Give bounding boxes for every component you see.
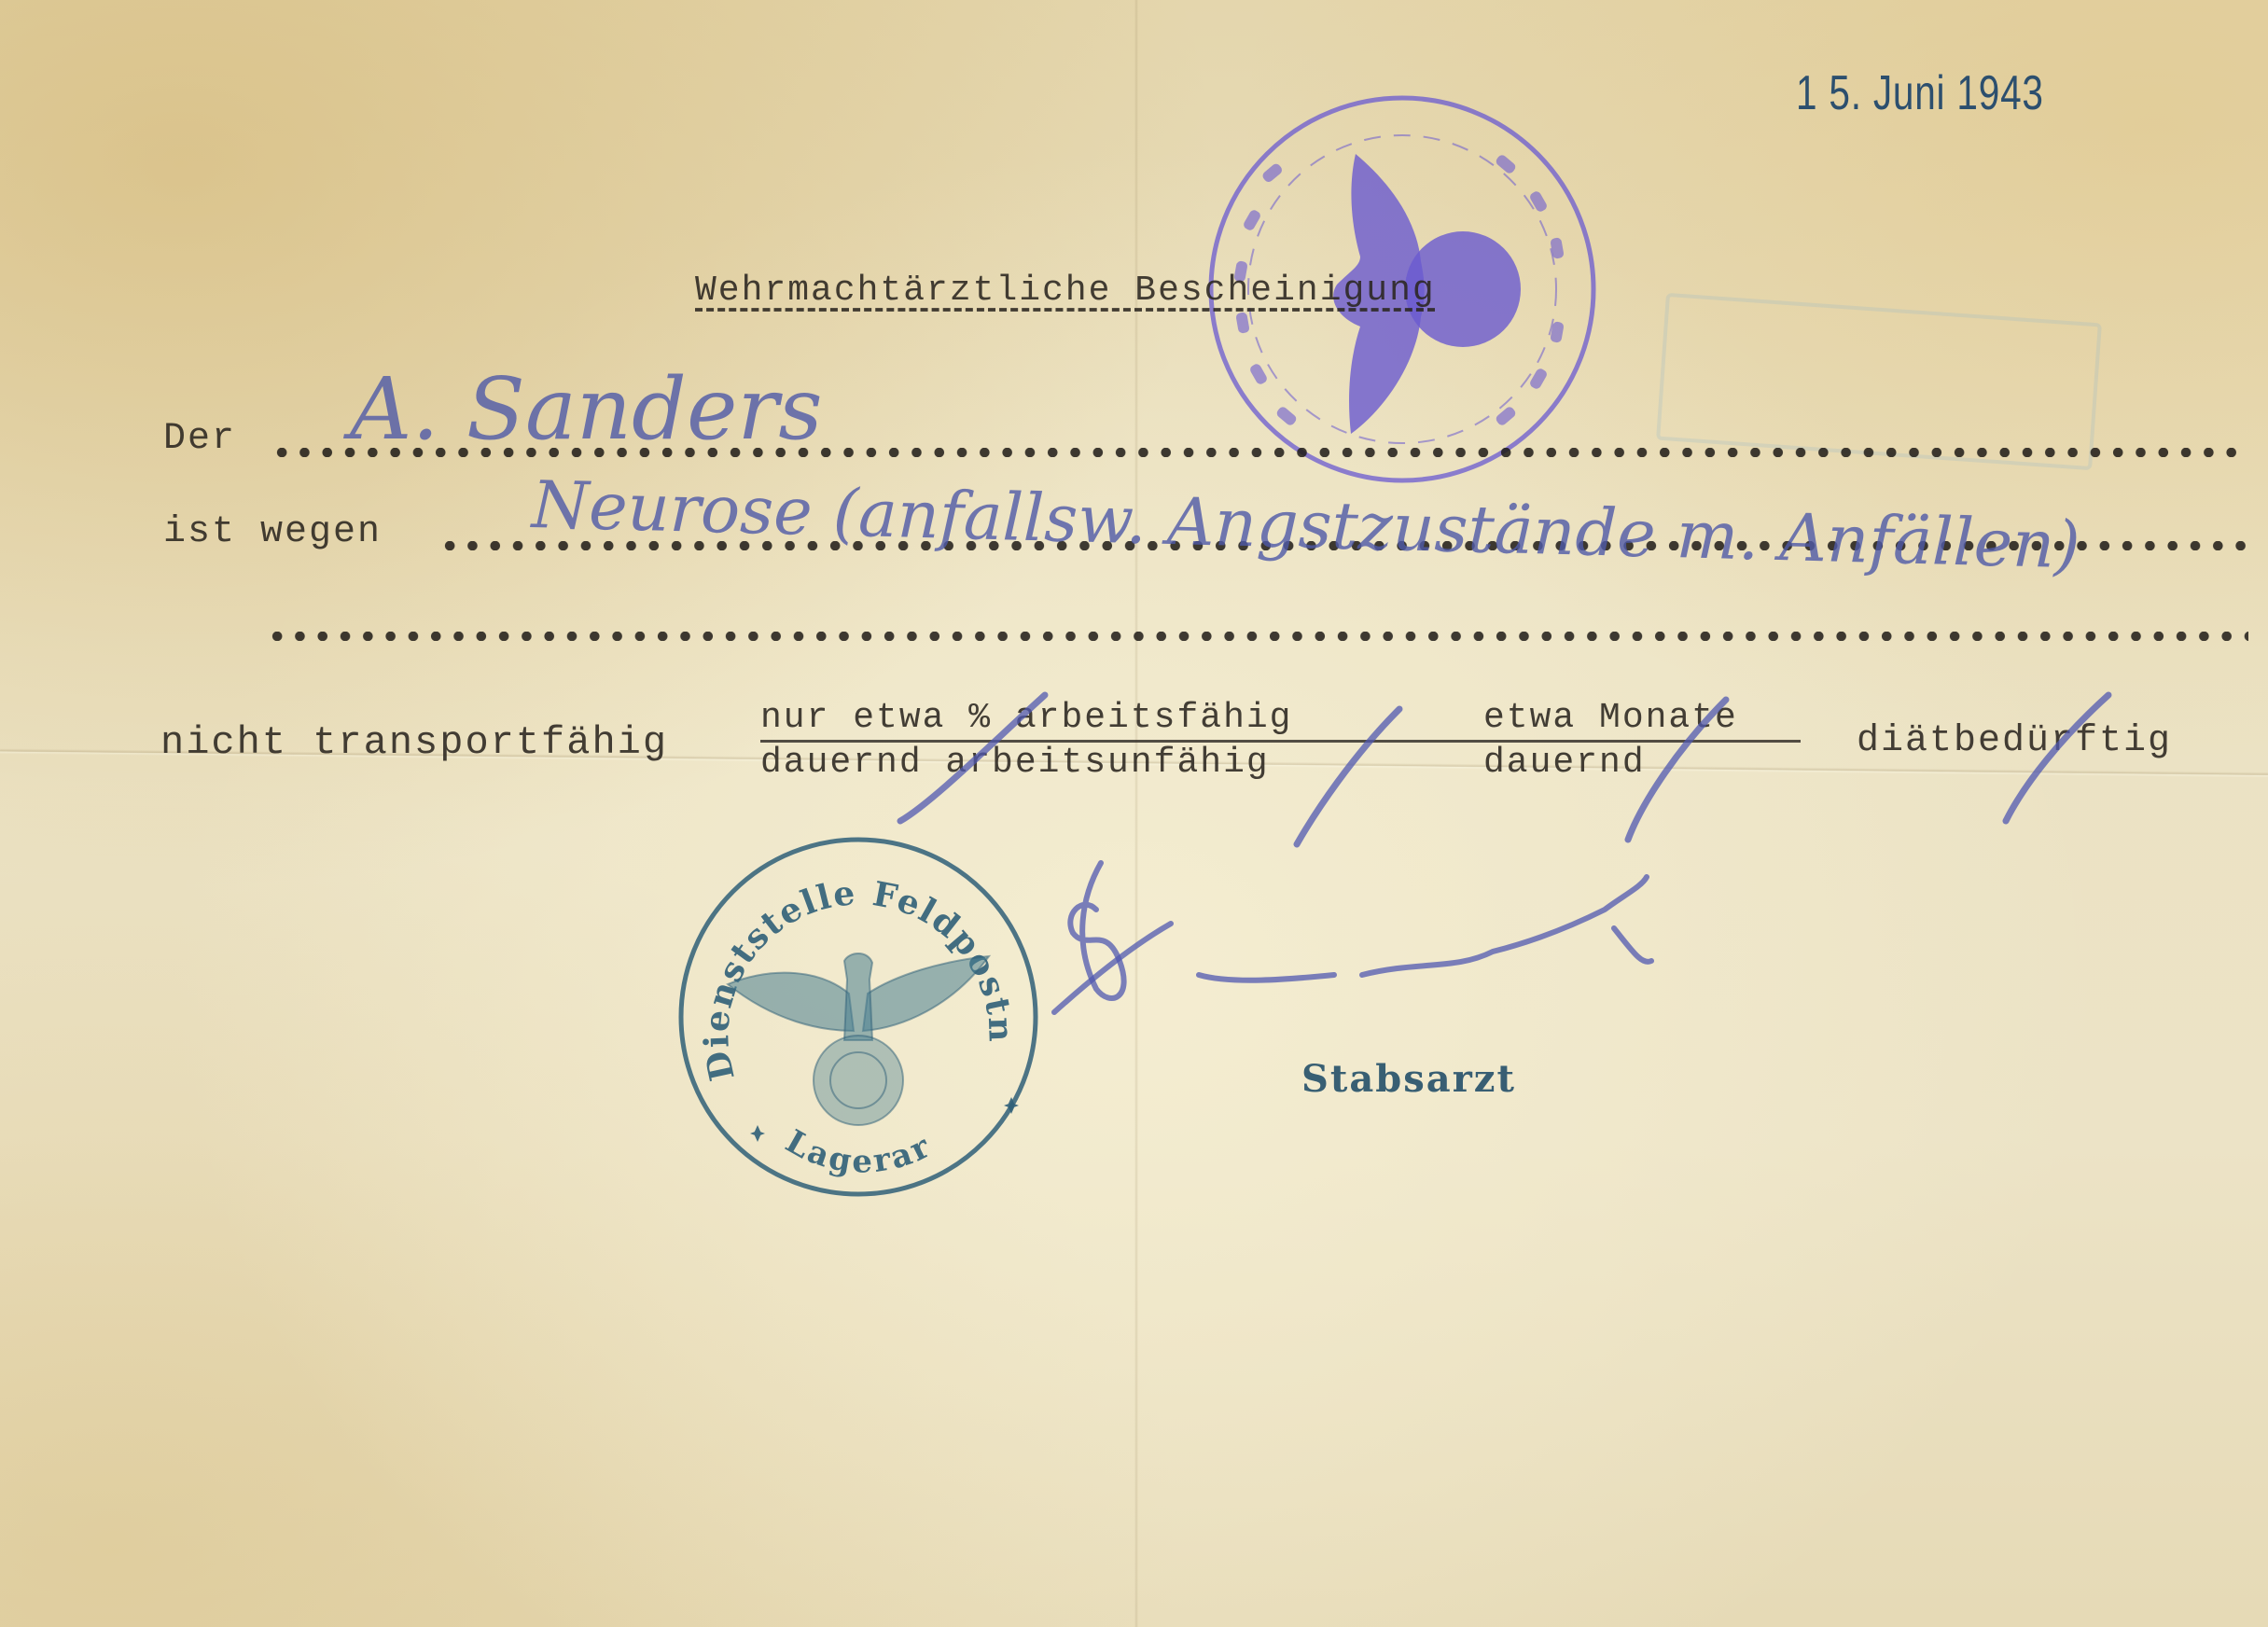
signature-text: signature (illegible) [0, 0, 1, 1]
field-label-ist-wegen: ist wegen [163, 511, 382, 553]
option-diaetbeduerftig: diätbedürftig [1857, 720, 2172, 762]
vertical-fold-line [1134, 0, 1138, 1627]
stabsarzt-stamp: Stabsarzt [1301, 1057, 1516, 1101]
field-label-der: Der [163, 418, 236, 460]
option-arbeitsfaehig-percent: nur etwa % arbeitsfähig [760, 698, 1293, 738]
option-nicht-transportfaehig: nicht transportfähig [160, 720, 668, 765]
option-dauernd-arbeitsunfaehig: dauernd arbeitsunfähig [760, 743, 1270, 783]
document-title: Wehrmachtärztliche Bescheinigung [695, 271, 1436, 311]
faded-stamp-outline [1656, 293, 2102, 470]
strike-mark-2 [1297, 709, 1399, 844]
dotted-line-3 [266, 632, 2248, 641]
handwritten-name: A. Sanders [350, 359, 823, 459]
signature-stroke [1054, 863, 1651, 1012]
blue-round-stamp: Dienststelle Feldpostnummer 05698 Lagera… [672, 830, 1045, 1203]
option-etwa-monate: etwa Monate [1483, 698, 1738, 738]
document-page: 1 5. Juni 1943 Wehrmachtärztliche Besche… [0, 0, 2268, 1627]
eagle-emblem-icon [728, 953, 989, 1125]
date-stamp: 1 5. Juni 1943 [1796, 65, 2044, 121]
option-dauernd: dauernd [1483, 743, 1646, 783]
